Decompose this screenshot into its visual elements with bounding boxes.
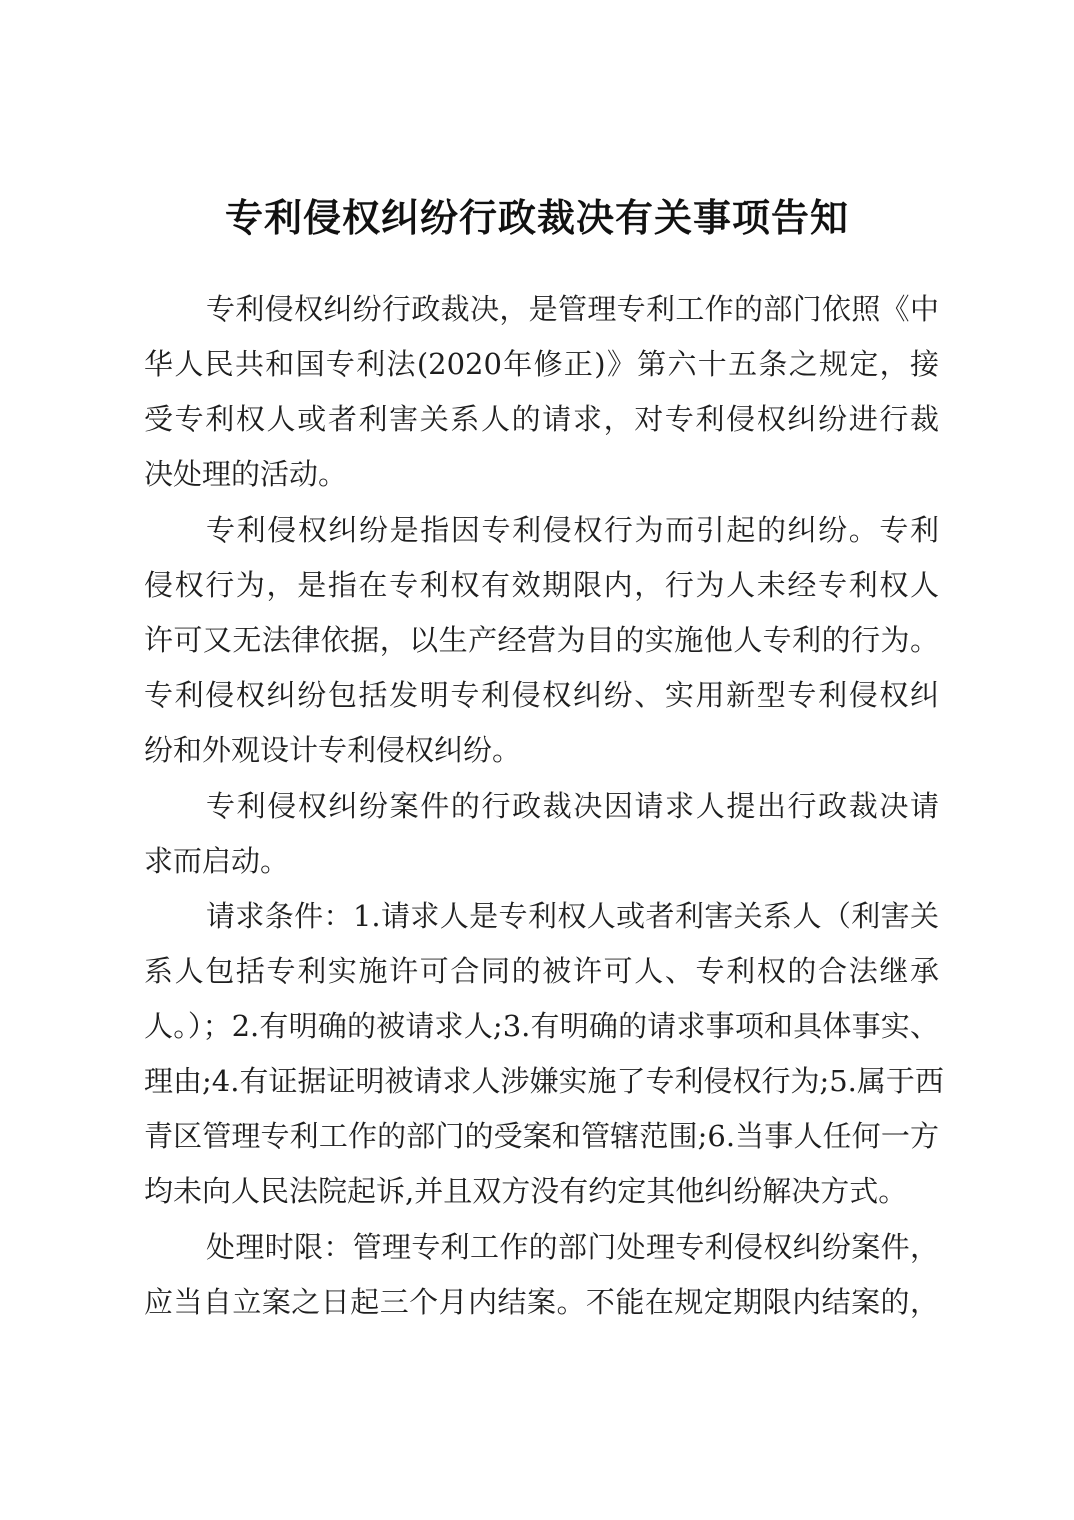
document-page: 专利侵权纠纷行政裁决有关事项告知 专利侵权纠纷行政裁决，是管理专利工作的部门依照… bbox=[0, 0, 1074, 1520]
paragraph-line: 侵权行为，是指在专利权有效期限内，行为人未经专利权人 bbox=[144, 565, 939, 605]
paragraph-line: 处理时限：管理专利工作的部门处理专利侵权纠纷案件， bbox=[144, 1227, 939, 1267]
paragraph-line: 理由;4.有证据证明被请求人涉嫌实施了专利侵权行为;5.属于西 bbox=[144, 1061, 939, 1101]
paragraph-line: 均未向人民法院起诉,并且双方没有约定其他纠纷解决方式。 bbox=[144, 1171, 939, 1211]
paragraph-line: 专利侵权纠纷行政裁决，是管理专利工作的部门依照《中 bbox=[144, 289, 939, 329]
paragraph-line: 受专利权人或者利害关系人的请求，对专利侵权纠纷进行裁 bbox=[144, 399, 939, 439]
paragraph-line: 青区管理专利工作的部门的受案和管辖范围;6.当事人任何一方 bbox=[144, 1116, 939, 1156]
paragraph-line: 许可又无法律依据，以生产经营为目的实施他人专利的行为。 bbox=[144, 620, 939, 660]
paragraph-line: 决处理的活动。 bbox=[144, 454, 939, 494]
paragraph-line: 人。）；2.有明确的被请求人;3.有明确的请求事项和具体事实、 bbox=[144, 1006, 939, 1046]
paragraph-line: 应当自立案之日起三个月内结案。不能在规定期限内结案的， bbox=[144, 1282, 939, 1322]
paragraph-line: 请求条件：1.请求人是专利权人或者利害关系人（利害关 bbox=[144, 896, 939, 936]
paragraph-line: 专利侵权纠纷案件的行政裁决因请求人提出行政裁决请 bbox=[144, 786, 939, 826]
paragraph-line: 华人民共和国专利法(2020年修正)》第六十五条之规定，接 bbox=[144, 344, 939, 384]
paragraph-line: 求而启动。 bbox=[144, 841, 939, 881]
paragraph-line: 专利侵权纠纷包括发明专利侵权纠纷、实用新型专利侵权纠 bbox=[144, 675, 939, 715]
document-title: 专利侵权纠纷行政裁决有关事项告知 bbox=[0, 192, 1074, 244]
paragraph-line: 纷和外观设计专利侵权纠纷。 bbox=[144, 730, 939, 770]
paragraph-line: 专利侵权纠纷是指因专利侵权行为而引起的纠纷。专利 bbox=[144, 510, 939, 550]
paragraph-line: 系人包括专利实施许可合同的被许可人、专利权的合法继承 bbox=[144, 951, 939, 991]
